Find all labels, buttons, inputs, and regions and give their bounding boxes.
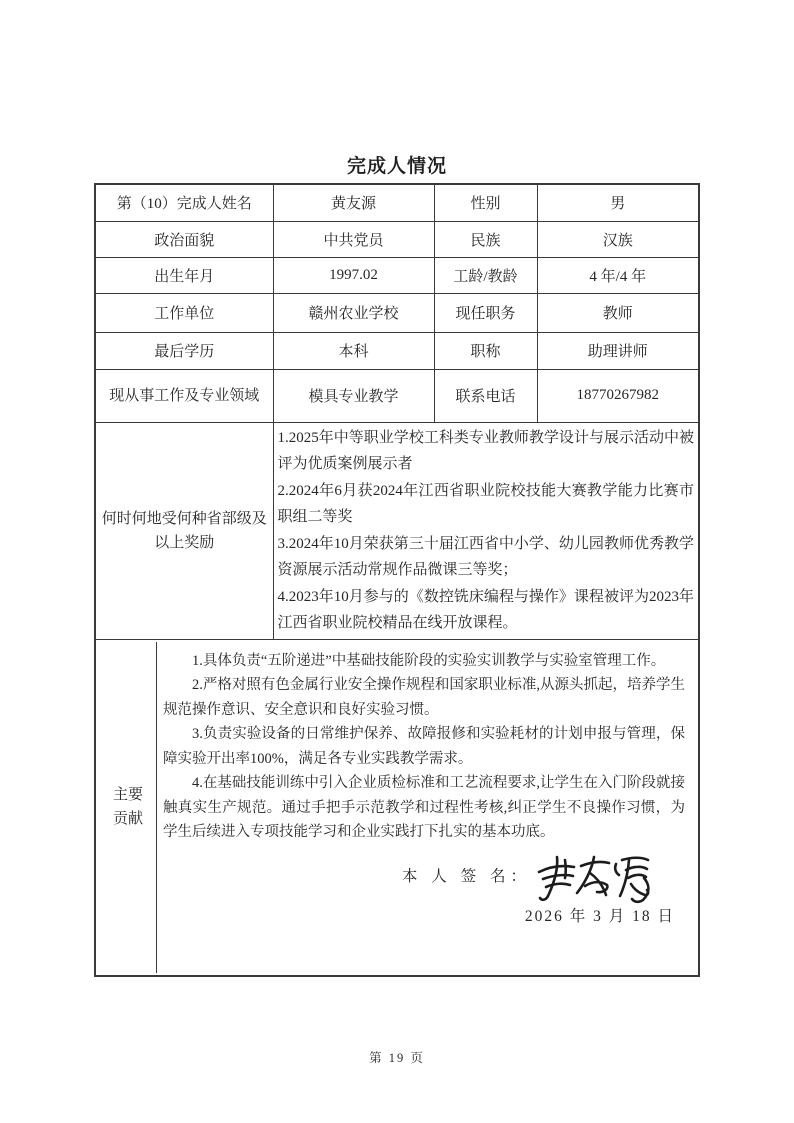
contribution-section: 主要贡献 1.具体负责“五阶递进”中基础技能阶段的实验实训教学与实验室管理工作。… [100,642,694,973]
info-row: 第（10）完成人姓名 黄友源 性别 男 [95,184,699,221]
field-label-ethnicity: 民族 [434,221,537,257]
award-item: 3.2024年10月荣获第三十届江西省中小学、幼儿园教师优秀教学资源展示活动常规… [278,531,695,584]
contribution-paragraph: 2.严格对照有色金属行业安全操作规程和国家职业标准,从源头抓起，培养学生规范操作… [163,673,685,722]
field-value-work-years: 4 年/4 年 [537,257,699,293]
field-value-phone: 18770267982 [537,369,699,422]
info-row: 政治面貌 中共党员 民族 汉族 [95,221,699,257]
contribution-paragraph: 1.具体负责“五阶递进”中基础技能阶段的实验实训教学与实验室管理工作。 [163,649,685,674]
field-value-political-status: 中共党员 [273,221,434,257]
field-value-professional-title: 助理讲师 [537,332,699,369]
contribution-label: 主要贡献 [113,783,143,831]
page-footer: 第 19 页 [0,1048,794,1066]
contribution-label-cell: 主要贡献 [100,642,157,973]
info-row: 最后学历 本科 职称 助理讲师 [95,332,699,369]
field-label-work-years: 工龄/教龄 [434,257,537,293]
field-value-name: 黄友源 [273,184,434,221]
award-item: 1.2025年中等职业学校工科类专业教师教学设计与展示活动中被评为优质案例展示者 [278,425,695,478]
field-value-ethnicity: 汉族 [537,221,699,257]
field-label-work-unit: 工作单位 [95,293,273,332]
document-page: 完成人情况 第（10）完成人姓名 黄友源 性别 男 政治面貌 中共党员 民族 汉… [0,0,794,1123]
page-title: 完成人情况 [0,151,794,178]
contribution-body-cell: 1.具体负责“五阶递进”中基础技能阶段的实验实训教学与实验室管理工作。 2.严格… [157,642,694,973]
awards-body-cell: 1.2025年中等职业学校工科类专业教师教学设计与展示活动中被评为优质案例展示者… [273,422,699,639]
award-item: 2.2024年6月获2024年江西省职业院校技能大赛教学能力比赛市职组二等奖 [278,478,695,531]
signature-autograph: 黄友源 [535,851,653,905]
contribution-row: 主要贡献 1.具体负责“五阶递进”中基础技能阶段的实验实训教学与实验室管理工作。… [95,639,699,976]
contribution-paragraph: 3.负责实验设备的日常维护保养、故障报修和实验耗材的计划申报与管理，保障实验开出… [163,722,685,771]
field-label-education: 最后学历 [95,332,273,369]
field-value-birth-date: 1997.02 [273,257,434,293]
field-label-gender: 性别 [434,184,537,221]
field-label-current-work-field: 现从事工作及专业领域 [95,369,273,422]
field-label-current-position: 现任职务 [434,293,537,332]
handwritten-signature-icon [535,851,653,905]
field-value-current-work-field: 模具专业教学 [273,369,434,422]
signature-row: 本 人 签 名： 黄友源 [163,851,653,905]
field-label-birth-date: 出生年月 [95,257,273,293]
info-row: 工作单位 赣州农业学校 现任职务 教师 [95,293,699,332]
field-value-current-position: 教师 [537,293,699,332]
field-label-name: 第（10）完成人姓名 [95,184,273,221]
awards-label-cell: 何时何地受何种省部级及以上奖励 [95,422,273,639]
award-item: 4.2023年10月参与的《数控铣床编程与操作》课程被评为2023年江西省职业院… [278,584,695,637]
field-value-work-unit: 赣州农业学校 [273,293,434,332]
field-value-education: 本科 [273,332,434,369]
field-label-phone: 联系电话 [434,369,537,422]
info-row: 出生年月 1997.02 工龄/教龄 4 年/4 年 [95,257,699,293]
signature-label: 本 人 签 名： [402,865,531,890]
signature-date: 2026 年 3 月 18 日 [163,905,675,930]
field-label-professional-title: 职称 [434,332,537,369]
field-value-gender: 男 [537,184,699,221]
completer-info-table: 第（10）完成人姓名 黄友源 性别 男 政治面貌 中共党员 民族 汉族 出生年月… [94,183,700,977]
awards-row: 何时何地受何种省部级及以上奖励 1.2025年中等职业学校工科类专业教师教学设计… [95,422,699,639]
contribution-paragraph: 4.在基础技能训练中引入企业质检标准和工艺流程要求,让学生在入门阶段就接触真实生… [163,771,685,845]
field-label-political-status: 政治面貌 [95,221,273,257]
info-row: 现从事工作及专业领域 模具专业教学 联系电话 18770267982 [95,369,699,422]
